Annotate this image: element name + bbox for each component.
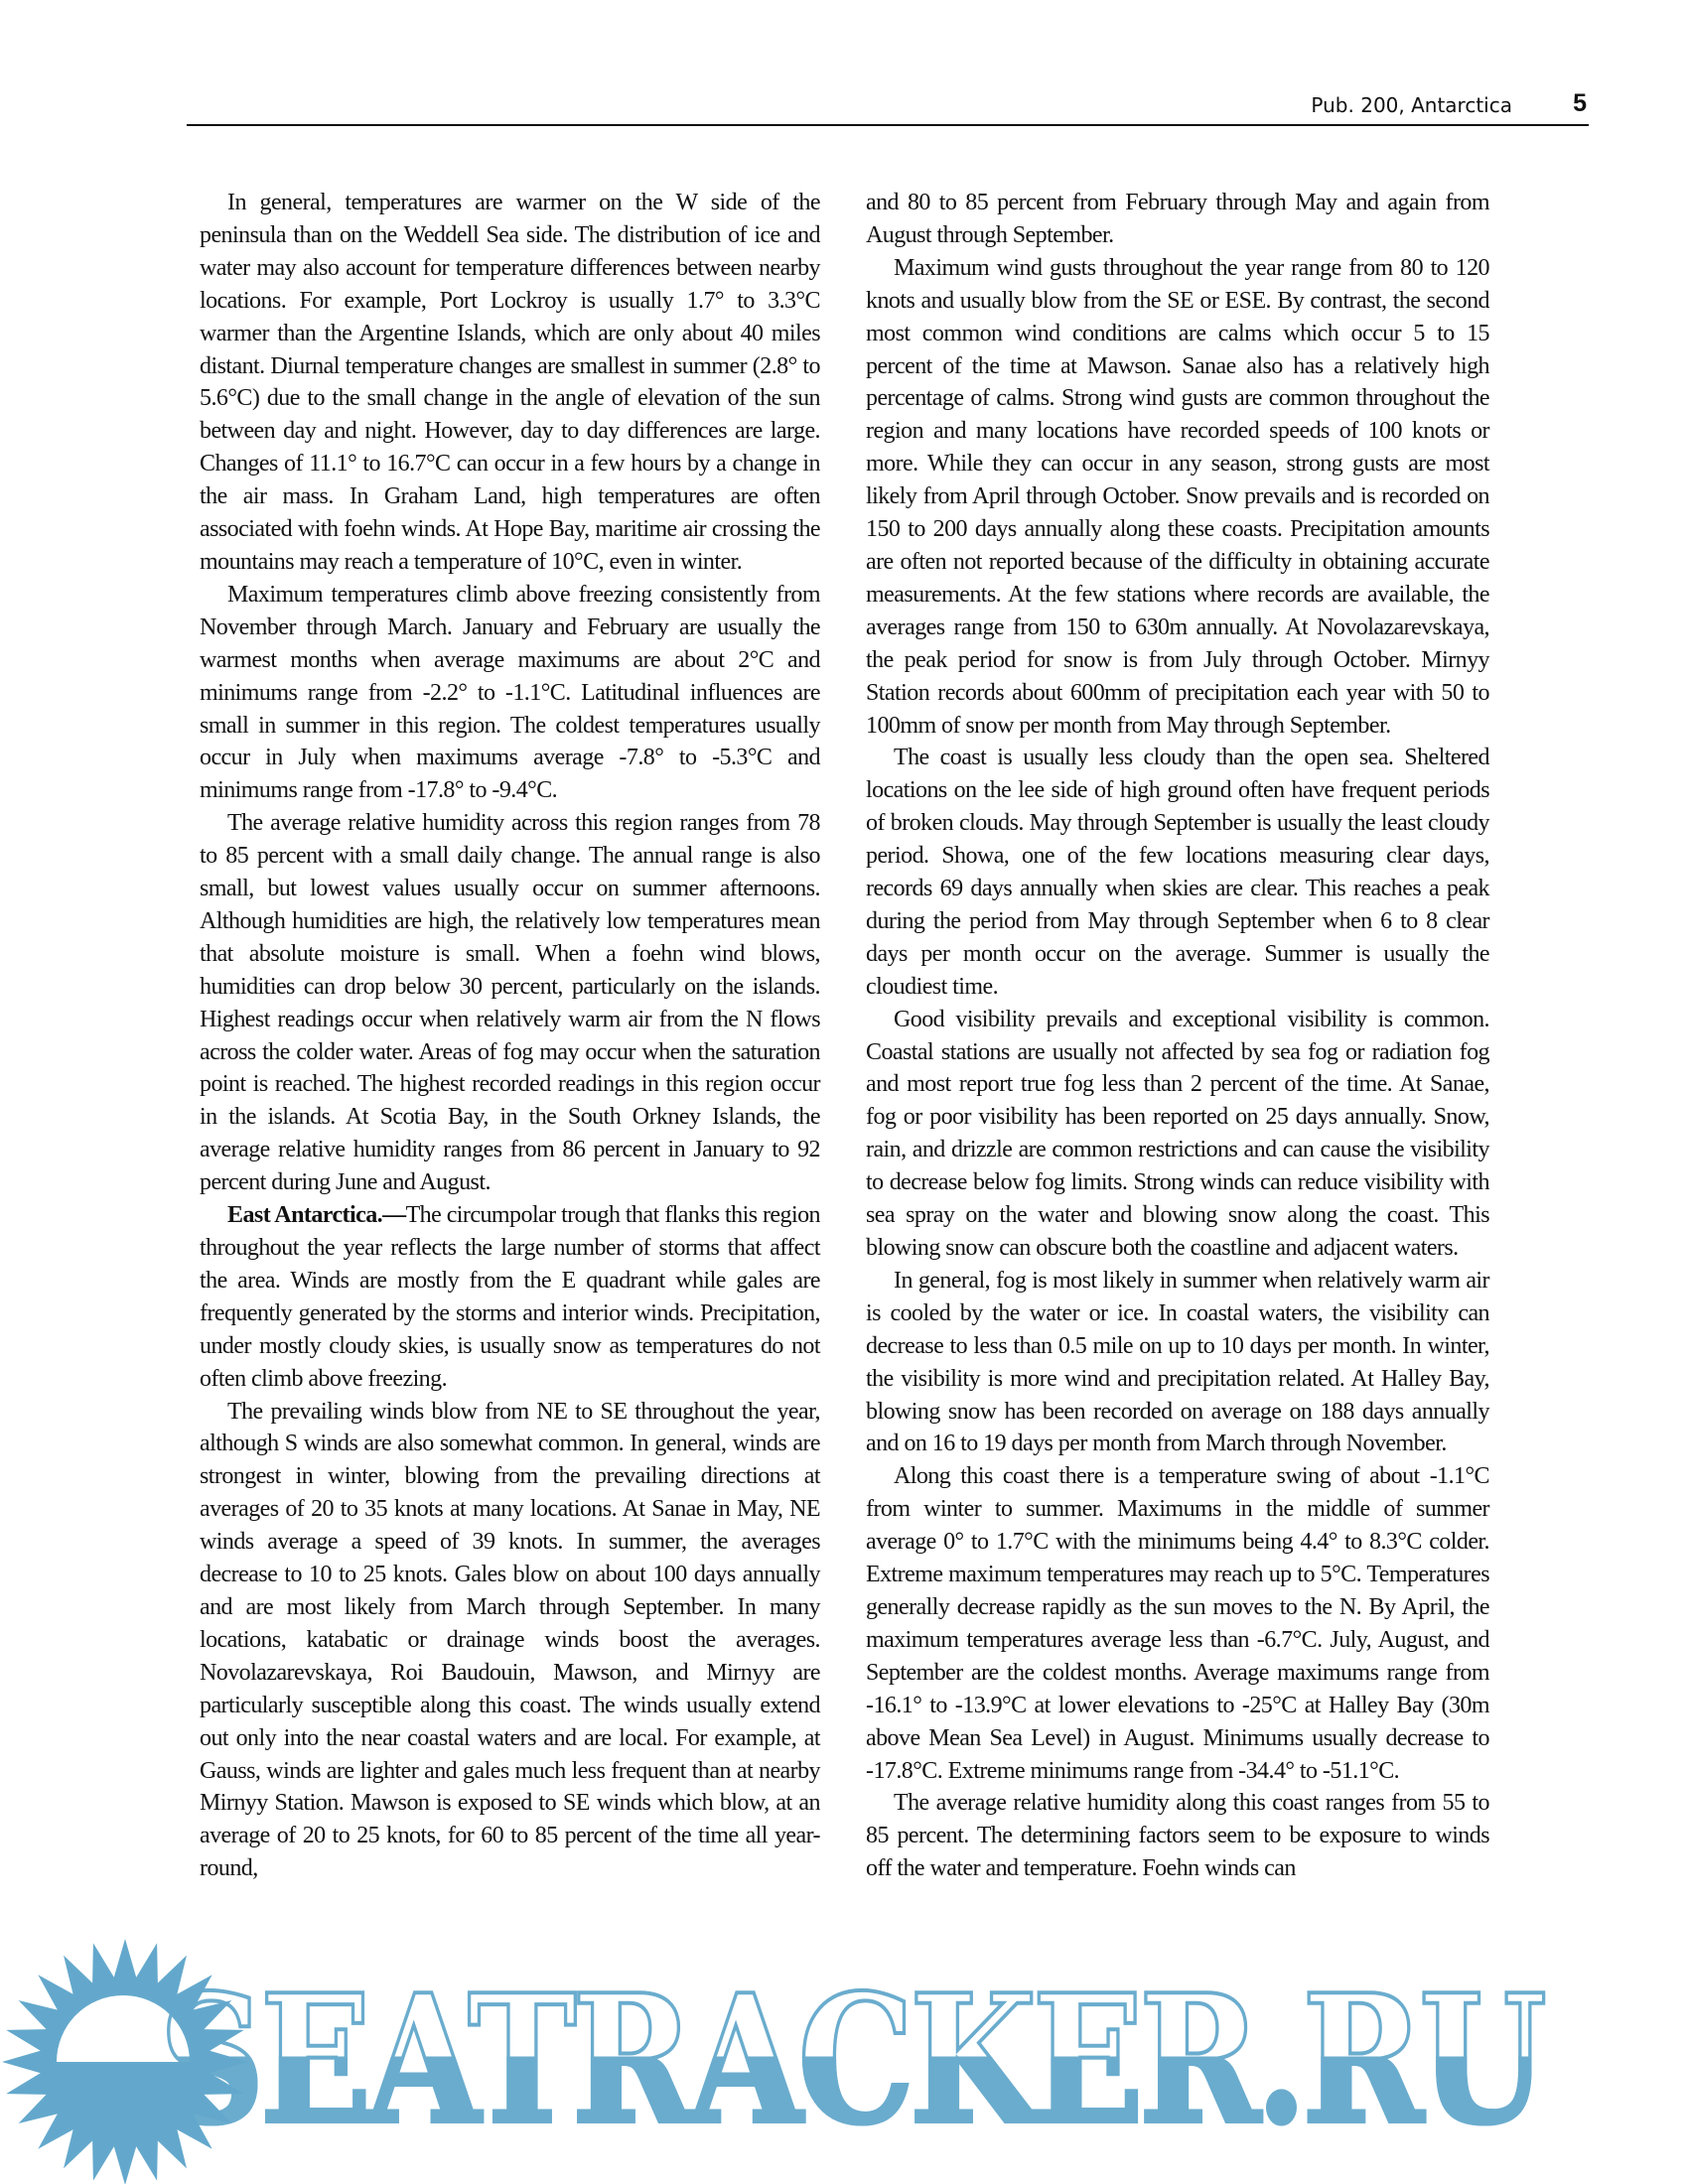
paragraph-wind-gusts: Maximum wind gusts throughout the year r… [866, 252, 1489, 743]
paragraph-fog: In general, fog is most likely in summer… [866, 1265, 1489, 1460]
paragraph-relative-humidity: The average relative humidity across thi… [200, 807, 820, 1199]
paragraph-temperature-distribution: In general, temperatures are warmer on t… [200, 187, 820, 579]
east-antarctica-text: The circumpolar trough that flanks this … [200, 1202, 820, 1392]
page-header: Pub. 200, Antarctica 5 [187, 89, 1589, 126]
right-column: and 80 to 85 percent from February throu… [866, 187, 1489, 1885]
paragraph-visibility: Good visibility prevails and exceptional… [866, 1004, 1489, 1265]
paragraph-east-antarctica: East Antarctica.—The circumpolar trough … [200, 1199, 820, 1395]
paragraph-coastal-humidity: The average relative humidity along this… [866, 1787, 1489, 1885]
page-number: 5 [1573, 89, 1587, 118]
paragraph-temperature-swing: Along this coast there is a temperature … [866, 1460, 1489, 1787]
paragraph-continuation: and 80 to 85 percent from February throu… [866, 187, 1489, 252]
paragraph-cloudiness: The coast is usually less cloudy than th… [866, 742, 1489, 1003]
paragraph-prevailing-winds: The prevailing winds blow from NE to SE … [200, 1396, 820, 1886]
publication-title: Pub. 200, Antarctica [1311, 93, 1512, 117]
section-heading-east-antarctica: East Antarctica.— [227, 1202, 406, 1228]
left-column: In general, temperatures are warmer on t… [200, 187, 820, 1885]
watermark-text: SEATRACKER.RU [159, 1972, 1542, 2148]
paragraph-maximum-temperatures: Maximum temperatures climb above freezin… [200, 579, 820, 807]
